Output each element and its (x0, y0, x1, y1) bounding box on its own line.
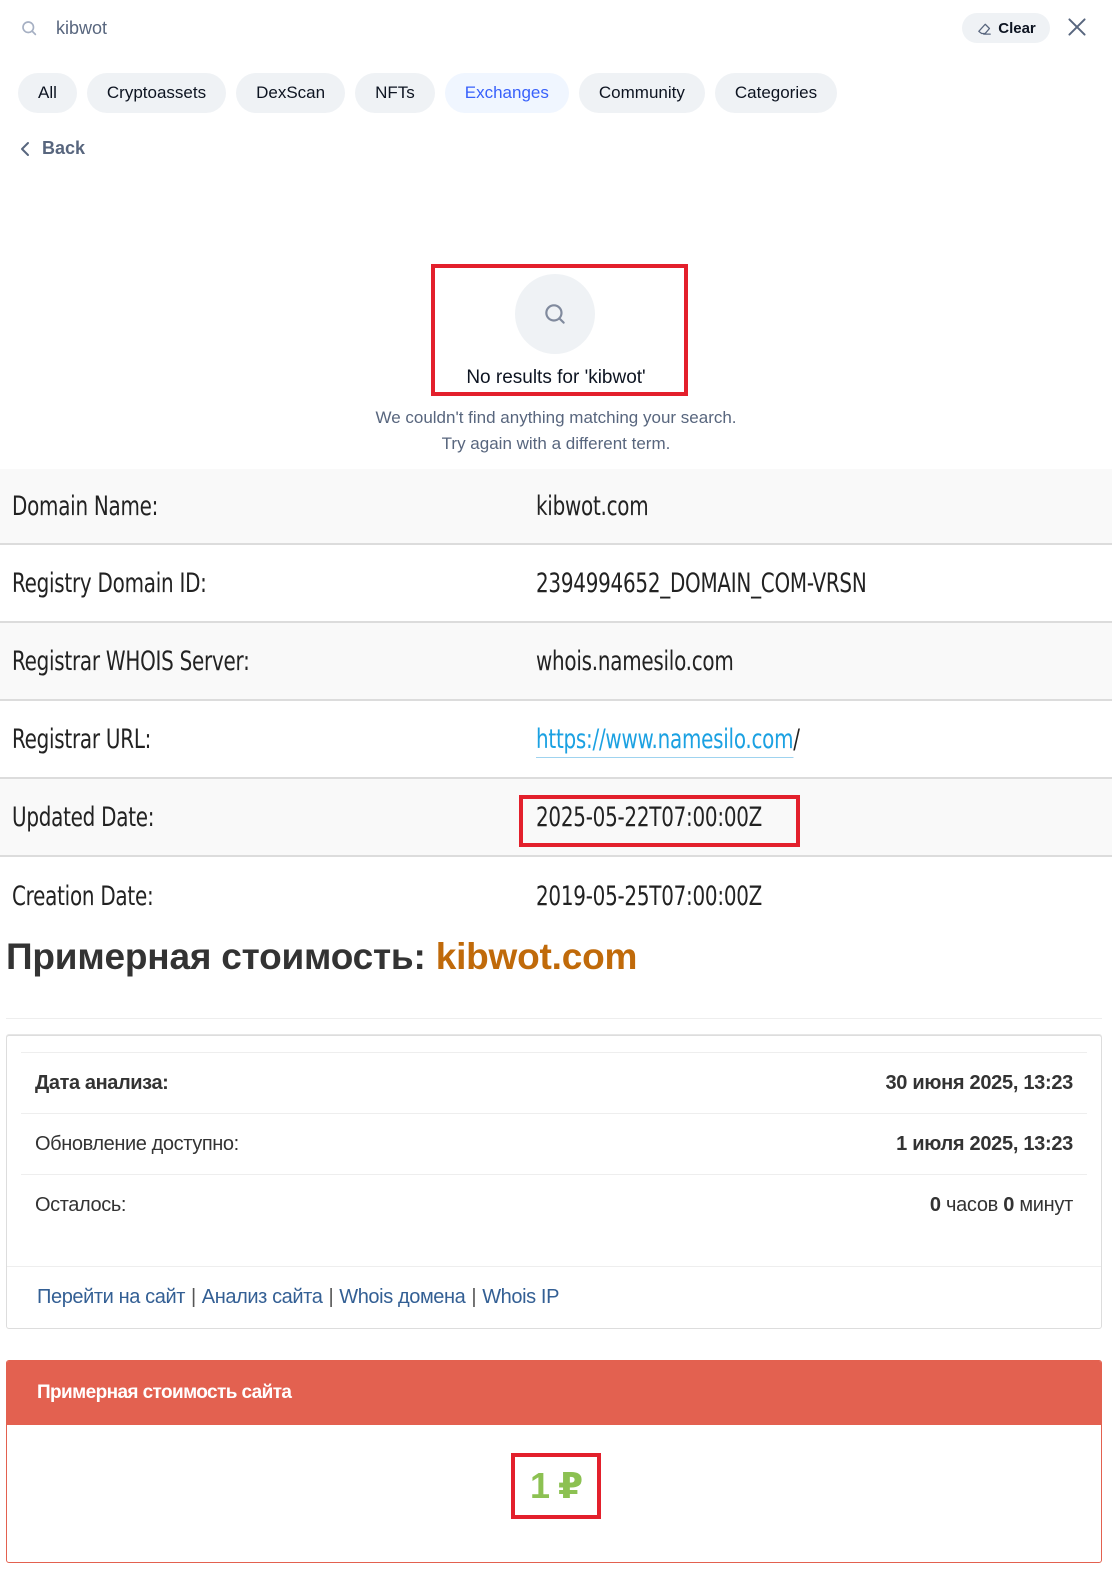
clear-label: Clear (998, 20, 1036, 37)
whois-value: 2394994652_DOMAIN_COM-VRSN (536, 568, 866, 599)
highlight-box-updated-date (519, 795, 800, 847)
whois-label: Registry Domain ID: (12, 568, 207, 599)
info-row-analysis-date: Дата анализа: 30 июня 2025, 13:23 (21, 1052, 1087, 1113)
estimate-heading-prefix: Примерная стоимость: (6, 936, 436, 977)
eraser-icon (976, 20, 993, 37)
tab-exchanges[interactable]: Exchanges (445, 73, 569, 113)
info-label: Обновление доступно: (35, 1133, 239, 1156)
registrar-url-link[interactable]: https://www.namesilo.com (536, 724, 793, 758)
divider (6, 1018, 1102, 1019)
highlight-box-no-results (431, 264, 688, 396)
estimate-heading: Примерная стоимость: kibwot.com (6, 936, 637, 978)
whois-label: Updated Date: (12, 802, 154, 833)
link-whois-domain[interactable]: Whois домена (339, 1286, 465, 1309)
whois-label: Registrar URL: (12, 724, 151, 755)
back-label: Back (42, 138, 85, 159)
empty-state-message: We couldn't find anything matching your … (0, 405, 1112, 457)
site-links: Перейти на сайт | Анализ сайта | Whois д… (7, 1266, 1101, 1328)
whois-value: https://www.namesilo.com/ (536, 724, 800, 755)
search-input[interactable] (56, 14, 656, 42)
tab-community[interactable]: Community (579, 73, 705, 113)
tab-all[interactable]: All (18, 73, 77, 113)
whois-row-registry-domain-id: Registry Domain ID: 2394994652_DOMAIN_CO… (0, 545, 1112, 623)
info-row-remaining: Осталось: 0 часов 0 минут (21, 1174, 1087, 1235)
remaining-hours-unit: часов (946, 1194, 998, 1216)
link-separator: | (328, 1286, 333, 1309)
analysis-info-panel: Дата анализа: 30 июня 2025, 13:23 Обновл… (6, 1035, 1102, 1329)
info-value-remaining: 0 часов 0 минут (930, 1194, 1073, 1217)
whois-label: Registrar WHOIS Server: (12, 646, 250, 677)
clear-button[interactable]: Clear (962, 13, 1050, 43)
empty-state-line-2: Try again with a different term. (0, 431, 1112, 457)
link-visit-site[interactable]: Перейти на сайт (37, 1286, 185, 1309)
whois-table: Domain Name: kibwot.com Registry Domain … (0, 469, 1112, 935)
tab-nfts[interactable]: NFTs (355, 73, 435, 113)
chevron-left-icon (18, 140, 32, 158)
remaining-hours: 0 (930, 1194, 941, 1216)
link-site-analysis[interactable]: Анализ сайта (202, 1286, 323, 1309)
site-value: 1 ₽ (530, 1465, 582, 1507)
site-value-card-title: Примерная стоимость сайта (7, 1361, 1101, 1425)
info-value: 30 июня 2025, 13:23 (885, 1072, 1073, 1095)
whois-row-registrar-whois-server: Registrar WHOIS Server: whois.namesilo.c… (0, 623, 1112, 701)
analysis-info-table: Дата анализа: 30 июня 2025, 13:23 Обновл… (21, 1052, 1087, 1235)
link-separator: | (191, 1286, 196, 1309)
empty-state-line-1: We couldn't find anything matching your … (0, 405, 1112, 431)
whois-label: Creation Date: (12, 881, 153, 912)
registrar-url-suffix: / (793, 724, 799, 755)
tab-dexscan[interactable]: DexScan (236, 73, 345, 113)
link-whois-ip[interactable]: Whois IP (482, 1286, 559, 1309)
search-bar: Clear (0, 0, 1112, 56)
whois-row-creation-date: Creation Date: 2019-05-25T07:00:00Z (0, 857, 1112, 935)
info-row-update-available: Обновление доступно: 1 июля 2025, 13:23 (21, 1113, 1087, 1174)
close-icon[interactable] (1064, 14, 1090, 40)
whois-row-domain-name: Domain Name: kibwot.com (0, 469, 1112, 545)
whois-value: whois.namesilo.com (536, 646, 734, 677)
remaining-minutes: 0 (1003, 1194, 1014, 1216)
filter-tabs: All Cryptoassets DexScan NFTs Exchanges … (18, 73, 837, 113)
info-value: 1 июля 2025, 13:23 (896, 1133, 1073, 1156)
info-label: Дата анализа: (35, 1072, 168, 1095)
highlight-box-site-value: 1 ₽ (511, 1453, 601, 1519)
remaining-minutes-unit: минут (1019, 1194, 1073, 1216)
whois-value: 2019-05-25T07:00:00Z (536, 881, 762, 912)
link-separator: | (471, 1286, 476, 1309)
whois-value: kibwot.com (536, 491, 648, 522)
tab-cryptoassets[interactable]: Cryptoassets (87, 73, 226, 113)
site-value-card: Примерная стоимость сайта 1 ₽ (6, 1360, 1102, 1563)
search-icon (20, 19, 38, 37)
estimate-heading-domain: kibwot.com (436, 936, 638, 977)
back-button[interactable]: Back (18, 138, 85, 159)
tab-categories[interactable]: Categories (715, 73, 837, 113)
whois-row-registrar-url: Registrar URL: https://www.namesilo.com/ (0, 701, 1112, 779)
whois-label: Domain Name: (12, 491, 158, 522)
info-label: Осталось: (35, 1194, 126, 1217)
